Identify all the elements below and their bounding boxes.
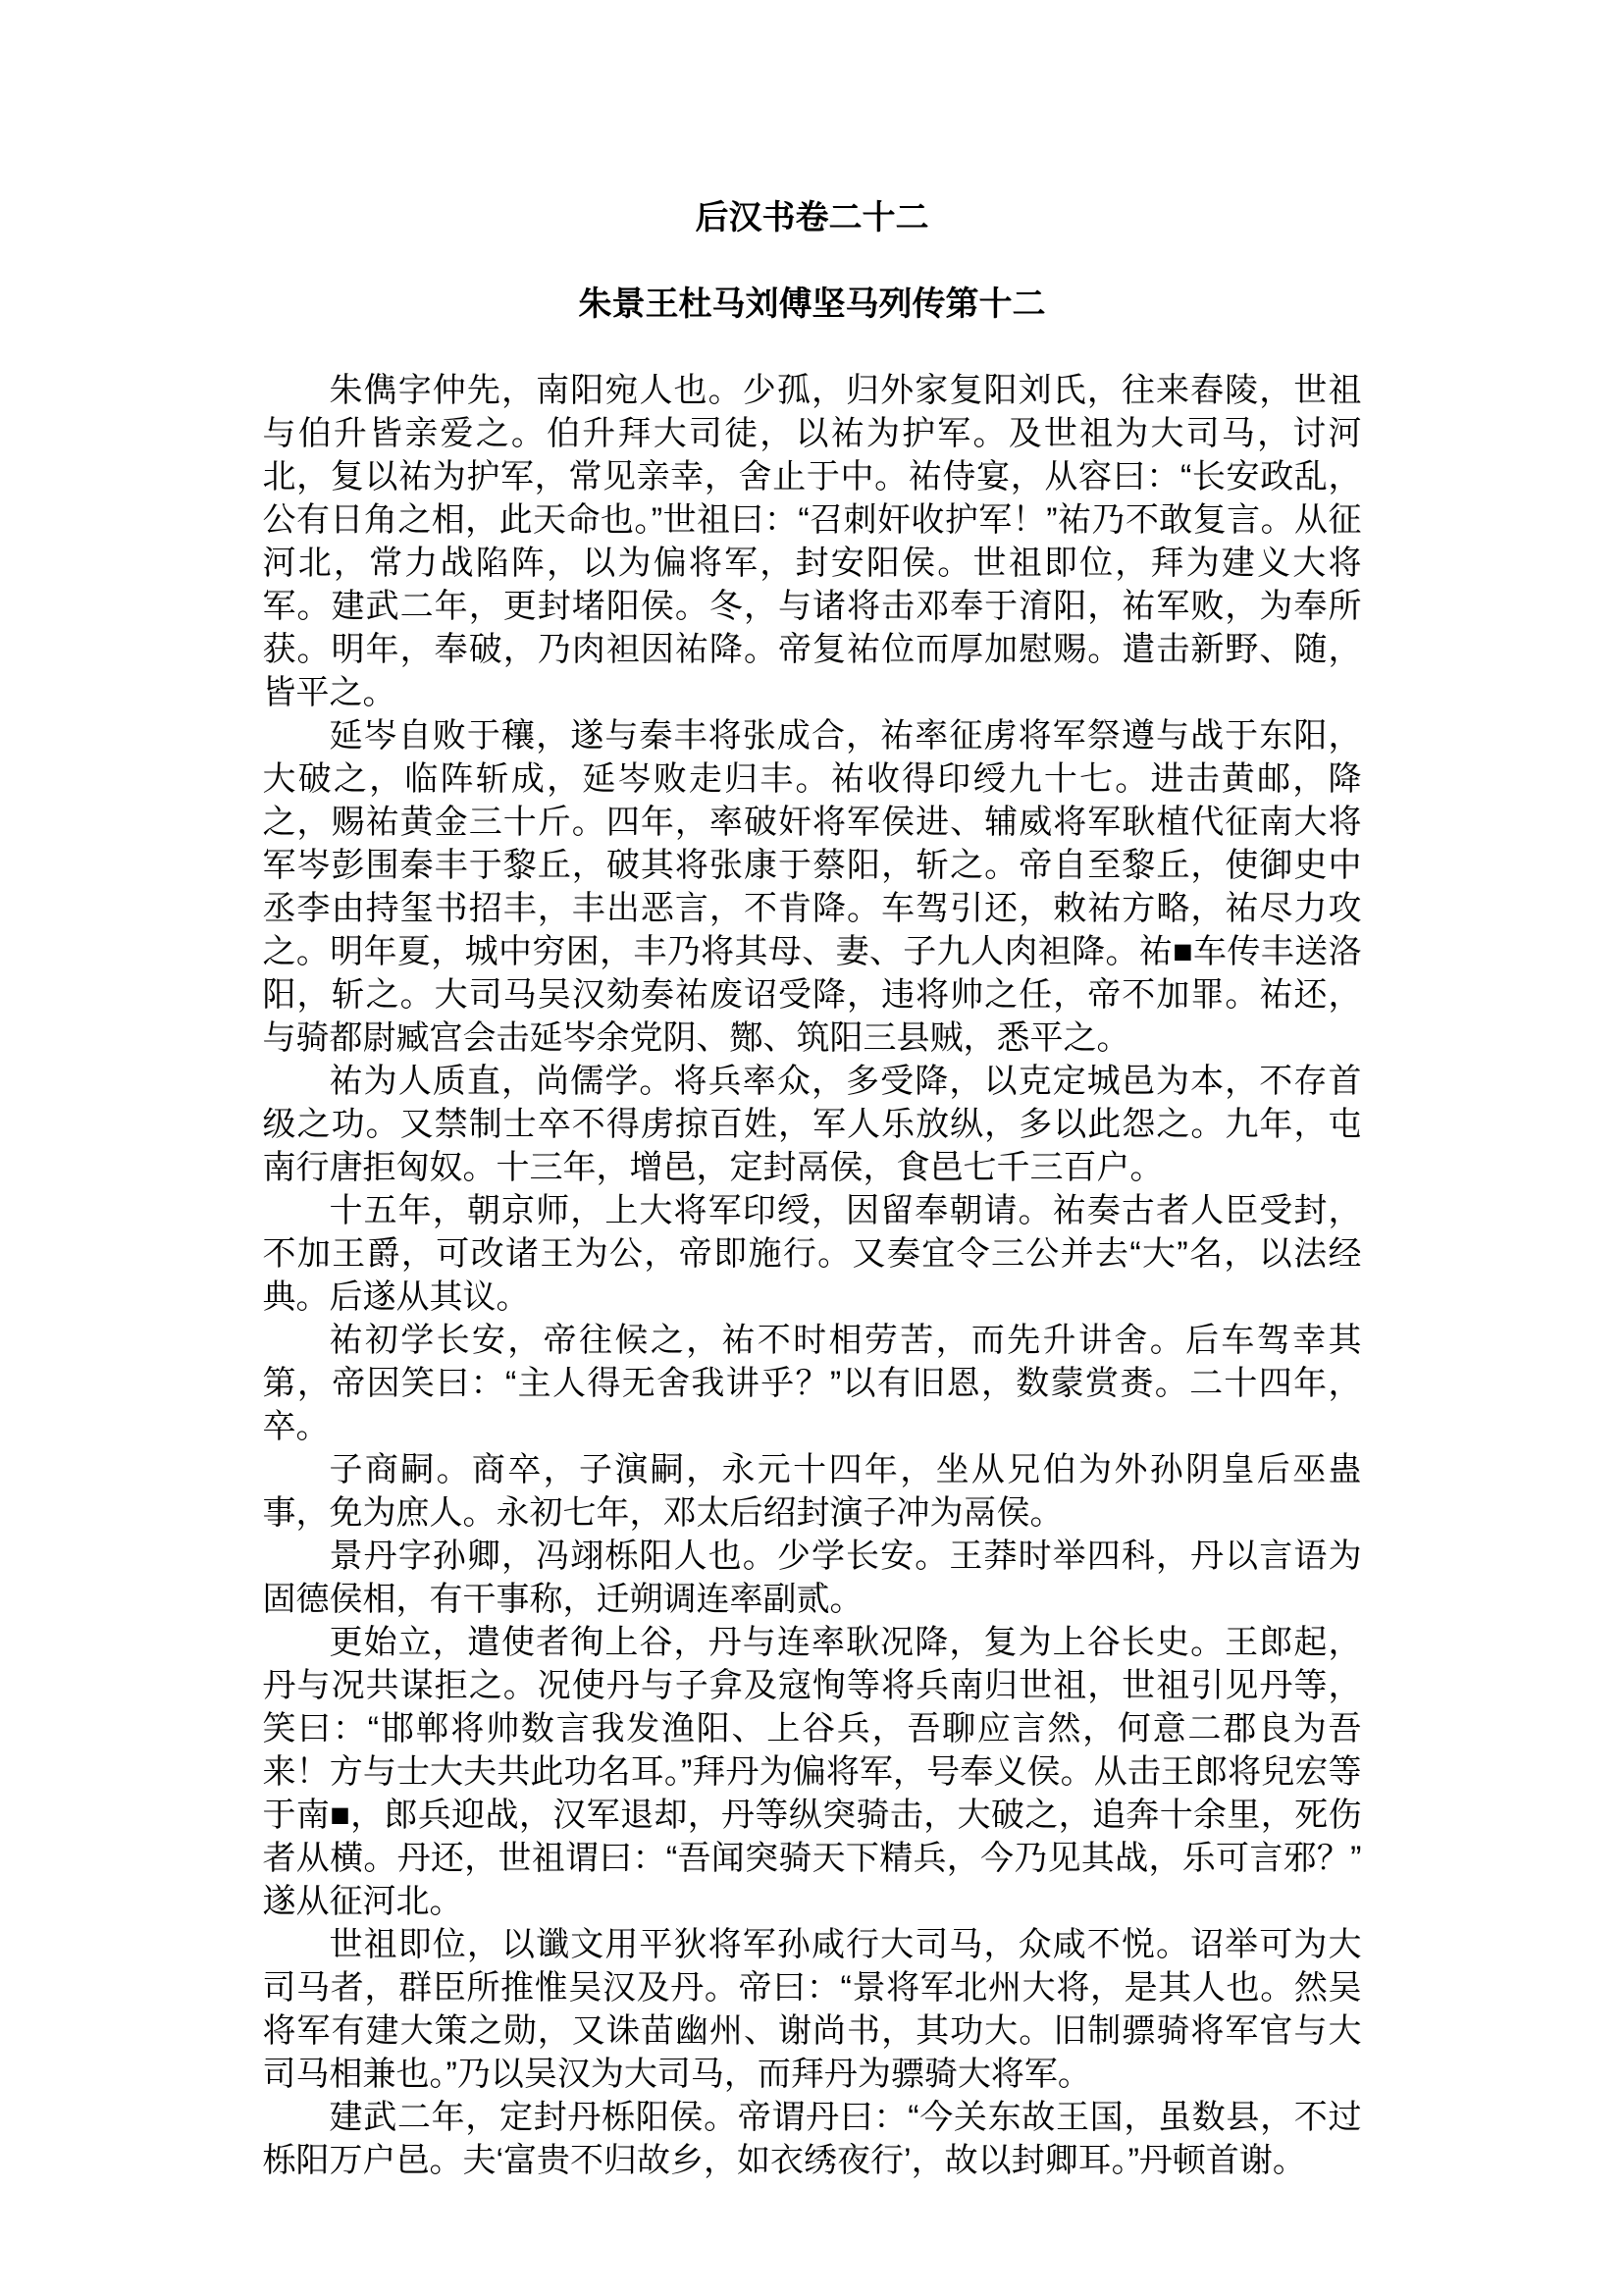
paragraph: 景丹字孙卿，冯翊栎阳人也。少学长安。王莽时举四科，丹以言语为固德侯相，有干事称，… (263, 1535, 1362, 1621)
paragraph: 更始立，遣使者徇上谷，丹与连率耿况降，复为上谷长史。王郎起，丹与况共谋拒之。况使… (263, 1621, 1362, 1923)
paragraph: 子商嗣。商卒，子演嗣，永元十四年，坐从兄伯为外孙阴皇后巫蛊事，免为庶人。永初七年… (263, 1448, 1362, 1535)
paragraph: 建武二年，定封丹栎阳侯。帝谓丹曰：“今关东故王国，虽数县，不过栎阳万户邑。夫‘富… (263, 2096, 1362, 2182)
document-page: 后汉书卷二十二 朱景王杜马刘傅坚马列传第十二 朱儁字仲先，南阳宛人也。少孤，归外… (0, 0, 1624, 2294)
paragraph: 朱儁字仲先，南阳宛人也。少孤，归外家复阳刘氏，往来舂陵，世祖与伯升皆亲爱之。伯升… (263, 369, 1362, 714)
document-content: 后汉书卷二十二 朱景王杜马刘傅坚马列传第十二 朱儁字仲先，南阳宛人也。少孤，归外… (263, 0, 1362, 2182)
paragraph: 十五年，朝京师，上大将军印绶，因留奉朝请。祐奏古者人臣受封，不加王爵，可改诸王为… (263, 1189, 1362, 1319)
paragraph: 祐为人质直，尚儒学。将兵率众，多受降，以克定城邑为本，不存首级之功。又禁制士卒不… (263, 1060, 1362, 1189)
page-title: 后汉书卷二十二 (263, 196, 1362, 239)
paragraph: 延岑自败于穰，遂与秦丰将张成合，祐率征虏将军祭遵与战于东阳，大破之，临阵斩成，延… (263, 714, 1362, 1060)
chapter-subtitle: 朱景王杜马刘傅坚马列传第十二 (263, 283, 1362, 326)
paragraph: 世祖即位，以谶文用平狄将军孙咸行大司马，众咸不悦。诏举可为大司马者，群臣所推惟吴… (263, 1923, 1362, 2096)
paragraph: 祐初学长安，帝往候之，祐不时相劳苦，而先升讲舍。后车驾幸其第，帝因笑曰：“主人得… (263, 1319, 1362, 1448)
body-text: 朱儁字仲先，南阳宛人也。少孤，归外家复阳刘氏，往来舂陵，世祖与伯升皆亲爱之。伯升… (263, 369, 1362, 2182)
